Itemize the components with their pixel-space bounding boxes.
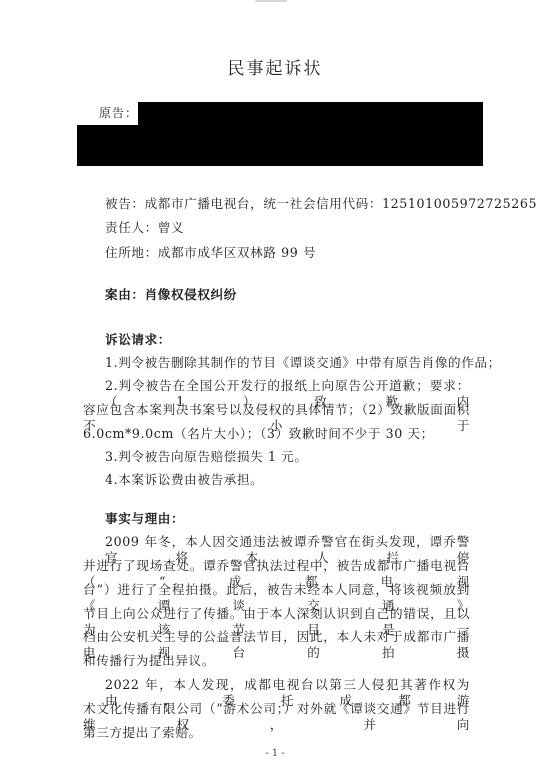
claim-line: 1.判令被告删除其制作的节目《谭谈交通》中带有原告肖像的作品；: [105, 355, 501, 371]
case-cause: 案由：肖像权侵权纠纷: [105, 287, 237, 303]
claim-line: 3.判令被告向原告赔偿损失 1 元。: [105, 449, 308, 465]
claims-heading: 诉讼请求：: [105, 332, 171, 348]
plaintiff-redaction-bottom: [77, 125, 483, 166]
facts-line: 第三方提出了索赔。: [83, 725, 202, 741]
page-number: - 1 -: [0, 748, 550, 759]
plaintiff-label: 原告：: [99, 104, 138, 122]
facts-heading: 事实与理由：: [105, 511, 184, 527]
plaintiff-redaction-top: [138, 102, 483, 126]
claim-line: 4.本案诉讼费由被告承担。: [105, 472, 263, 488]
scan-smudge: [255, 0, 287, 2]
defendant-address: 住所地：成都市成华区双林路 99 号: [105, 245, 316, 261]
claim-line: 6.0cm*9.0cm（名片大小）；（3）致歉时间不少于 30 天；: [83, 426, 434, 442]
document-title: 民事起诉状: [0, 58, 550, 80]
facts-line: 和传播行为提出异议。: [83, 653, 215, 669]
defendant-responsible-person: 责任人：曾义: [105, 220, 184, 236]
defendant-line: 被告：成都市广播电视台，统一社会信用代码：12510100597272526​5: [105, 196, 537, 212]
